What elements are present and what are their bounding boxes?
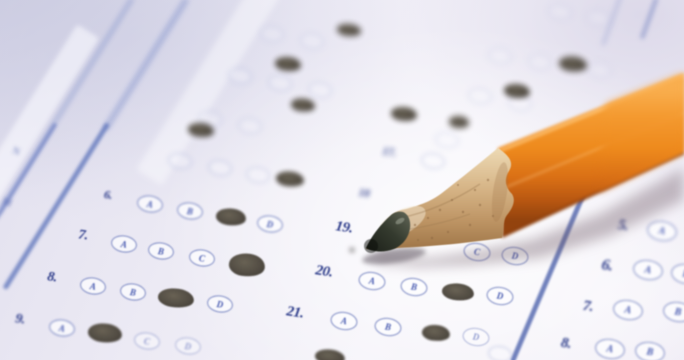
answer-bubble: B bbox=[176, 201, 204, 222]
answer-bubble: C bbox=[188, 248, 216, 269]
question-number: 17. bbox=[381, 144, 397, 161]
answer-bubble-letter: C bbox=[198, 253, 206, 264]
answer-bubble-letter: B bbox=[674, 306, 682, 318]
blurred-bubble-mark bbox=[587, 60, 613, 80]
column-divider-line bbox=[510, 177, 592, 360]
blurred-bubble-mark bbox=[237, 116, 263, 136]
answer-bubble: B bbox=[634, 340, 667, 360]
question-number: 6. bbox=[600, 256, 614, 275]
answer-bubble-letter: D bbox=[266, 219, 274, 230]
blurred-bubble-mark bbox=[307, 80, 333, 100]
pencil bbox=[0, 0, 684, 360]
filled-answer-mark bbox=[441, 281, 475, 303]
answer-bubble: A bbox=[79, 276, 107, 297]
answer-bubble-letter: A bbox=[340, 316, 348, 327]
pencil-graphite-tip bbox=[364, 212, 410, 253]
answer-bubble: D bbox=[206, 294, 234, 315]
blurred-bubble-mark bbox=[507, 93, 533, 113]
question-number: 19. bbox=[334, 218, 354, 237]
filled-answer-mark bbox=[215, 206, 247, 227]
answer-sheet-paper bbox=[0, 0, 684, 360]
answer-bubble: D bbox=[174, 336, 202, 357]
question-number: 6. bbox=[103, 187, 113, 203]
blurred-bubble-mark bbox=[299, 31, 325, 51]
answer-bubble-letter: D bbox=[472, 332, 480, 343]
question-number: 9. bbox=[14, 311, 26, 328]
edge-strip-letter: M bbox=[1, 196, 14, 210]
answer-bubble: B bbox=[670, 262, 684, 286]
filled-answer-mark bbox=[187, 121, 215, 139]
answer-bubble-letter: A bbox=[120, 239, 128, 250]
answer-bubble: A bbox=[646, 219, 679, 243]
answer-bubble: C bbox=[133, 331, 161, 352]
answer-bubble-letter: D bbox=[216, 299, 224, 310]
column-divider-line bbox=[640, 0, 658, 39]
blurred-bubble-mark bbox=[420, 151, 446, 171]
column-divider-line bbox=[0, 0, 134, 215]
filled-answer-mark bbox=[421, 323, 451, 343]
blurred-bubble-mark bbox=[227, 66, 253, 86]
answer-bubble-letter: A bbox=[146, 199, 154, 210]
question-number: 7. bbox=[582, 298, 595, 316]
answer-bubble: D bbox=[461, 326, 490, 348]
answer-bubble-letter: C bbox=[143, 336, 151, 347]
answer-bubble-letter: A bbox=[606, 343, 614, 355]
question-number: 21. bbox=[285, 303, 305, 322]
blurred-bubble-mark bbox=[434, 130, 460, 150]
filled-answer-mark bbox=[448, 115, 470, 130]
answer-bubble-letter: A bbox=[644, 264, 652, 276]
answer-bubble: A bbox=[594, 337, 627, 360]
question-number: 20. bbox=[314, 262, 334, 281]
answer-bubble-letter: B bbox=[129, 287, 137, 298]
answer-bubble-letter: D bbox=[496, 291, 504, 302]
blurred-bubble-mark bbox=[467, 86, 493, 106]
answer-bubble: C bbox=[462, 241, 491, 263]
question-number: 7. bbox=[77, 227, 89, 244]
answer-bubble-letter: B bbox=[157, 246, 165, 257]
answer-bubble: A bbox=[110, 234, 138, 255]
answer-bubble: B bbox=[662, 300, 684, 324]
edge-strip-letter: N bbox=[11, 146, 22, 159]
answer-sheet-markings: NM17.186.ABD7.ABC8.ABD9.ACD19.CD20.ABD21… bbox=[0, 0, 684, 360]
blurred-bubble-mark bbox=[547, 2, 573, 22]
answer-bubble-letter: A bbox=[89, 281, 97, 292]
blurred-bubble-mark bbox=[267, 73, 293, 93]
filled-answer-mark bbox=[390, 105, 418, 123]
answer-bubble-letter: B bbox=[646, 346, 654, 358]
blurred-bubble-mark bbox=[585, 8, 611, 28]
filled-answer-mark bbox=[290, 97, 316, 114]
blurred-bubble-mark bbox=[245, 165, 271, 185]
answer-bubble: B bbox=[399, 276, 428, 298]
answer-bubble: D bbox=[500, 245, 529, 267]
filled-answer-mark bbox=[336, 22, 362, 38]
answer-bubble: D bbox=[256, 214, 284, 235]
answer-bubble: D bbox=[485, 285, 514, 307]
pencil-wood-cone bbox=[366, 148, 514, 249]
blurred-bubble-mark bbox=[197, 109, 223, 129]
sheet-edge-band bbox=[0, 24, 99, 275]
filled-answer-mark bbox=[87, 321, 124, 345]
filled-answer-mark bbox=[314, 347, 346, 360]
filled-answer-mark bbox=[157, 286, 196, 310]
question-number: 18 bbox=[357, 185, 370, 202]
filled-answer-mark bbox=[227, 251, 266, 279]
filled-answer-mark bbox=[275, 169, 305, 188]
answer-bubble-letter: A bbox=[658, 225, 666, 237]
answer-bubble-letter: D bbox=[511, 251, 519, 262]
question-number: 8. bbox=[46, 269, 58, 286]
answer-bubble: A bbox=[48, 318, 76, 339]
answer-bubble: B bbox=[147, 241, 175, 262]
blurred-bubble-mark bbox=[207, 158, 233, 178]
pencil-cast-shadow bbox=[372, 168, 684, 267]
filled-answer-mark bbox=[503, 82, 531, 100]
blurred-bubble-mark bbox=[487, 46, 513, 66]
filled-answer-mark bbox=[274, 55, 302, 73]
question-number: 8. bbox=[560, 335, 573, 353]
answer-bubble: A bbox=[612, 298, 645, 322]
answer-bubble-letter: A bbox=[58, 323, 66, 334]
answer-bubble: B bbox=[373, 316, 402, 338]
answer-bubble: B bbox=[119, 282, 147, 303]
blurred-bubble-mark bbox=[259, 24, 285, 44]
column-gap-band bbox=[136, 0, 283, 185]
column-divider-line bbox=[0, 122, 57, 221]
question-number: 5. bbox=[617, 217, 630, 235]
answer-bubble-letter: A bbox=[624, 304, 632, 316]
answer-bubble: A bbox=[136, 194, 164, 215]
column-divider-line bbox=[2, 122, 109, 290]
answer-bubble: A bbox=[632, 258, 665, 282]
answer-bubble-letter: D bbox=[184, 341, 192, 352]
answer-bubble-letter: B bbox=[410, 282, 418, 293]
answer-bubble: A bbox=[329, 310, 358, 332]
answer-bubble-letter: C bbox=[473, 247, 481, 258]
pencil-body bbox=[497, 73, 684, 238]
photo-answer-sheet-scene: NM17.186.ABD7.ABC8.ABD9.ACD19.CD20.ABD21… bbox=[0, 0, 684, 360]
answer-bubble-letter: B bbox=[384, 322, 392, 333]
column-divider-line bbox=[103, 0, 189, 131]
blurred-bubble-mark bbox=[527, 52, 553, 72]
answer-bubble-letter: A bbox=[368, 276, 376, 287]
answer-bubble: A bbox=[357, 270, 386, 292]
column-divider-line bbox=[601, 0, 622, 46]
pencil-tip-contact-shadow bbox=[349, 245, 427, 268]
filled-answer-mark bbox=[558, 54, 588, 73]
blurred-bubble-mark bbox=[167, 151, 193, 171]
answer-bubble-letter: B bbox=[186, 206, 194, 217]
blurred-bubble-mark bbox=[487, 344, 513, 360]
pencil-body-defocus bbox=[598, 73, 684, 192]
column-divider-line bbox=[583, 136, 605, 184]
